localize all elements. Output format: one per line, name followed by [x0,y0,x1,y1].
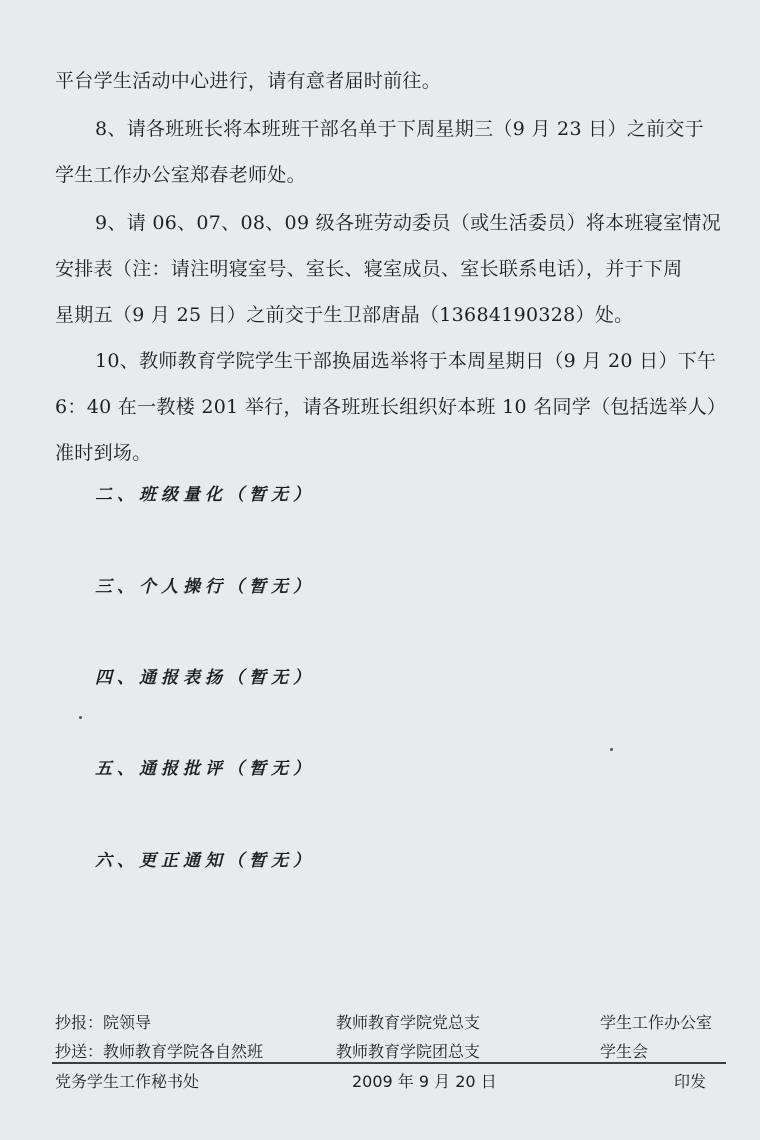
cc-report: 抄报：院领导 [55,1010,151,1033]
section-heading: 五、通报批评（暂无） [95,754,315,779]
issuer-party: 教师教育学院党总支 [336,1010,480,1033]
body-line: 10、教师教育学院学生干部换届选举将于本周星期日（9 月 20 日）下午 [95,346,716,373]
issuer-league: 教师教育学院团总支 [336,1039,480,1062]
section-heading: 三、个人操行（暂无） [95,572,315,597]
section-heading: 二、班级量化（暂无） [95,480,315,505]
body-line: 学生工作办公室郑春老师处。 [55,160,306,187]
issued-label: 印发 [674,1069,706,1092]
section-heading: 四、通报表扬（暂无） [95,663,315,688]
secretariat: 党务学生工作秘书处 [55,1069,199,1092]
issuer-office: 学生工作办公室 [600,1010,712,1033]
section-heading: 六、更正通知（暂无） [95,846,315,871]
document-page: 平台学生活动中心进行，请有意者届时前往。8、请各班班长将本班班干部名单于下周星期… [0,0,760,1140]
body-line: 准时到场。 [55,438,152,465]
body-line: 8、请各班班长将本班班干部名单于下周星期三（9 月 23 日）之前交于 [95,114,704,141]
scan-speck [79,716,82,719]
body-line: 星期五（9 月 25 日）之前交于生卫部唐晶（13684190328）处。 [55,300,633,327]
issue-date: 2009 年 9 月 20 日 [352,1069,497,1092]
cc-send: 抄送：教师教育学院各自然班 [55,1039,263,1062]
footer-divider [52,1062,726,1064]
body-line: 安排表（注：请注明寝室号、室长、寝室成员、室长联系电话），并于下周 [55,254,682,281]
body-line: 6：40 在一教楼 201 举行，请各班班长组织好本班 10 名同学（包括选举人… [55,392,726,419]
issuer-union: 学生会 [600,1039,648,1062]
body-line: 平台学生活动中心进行，请有意者届时前往。 [55,66,441,93]
body-line: 9、请 06、07、08、09 级各班劳动委员（或生活委员）将本班寝室情况 [95,208,721,235]
scan-speck [610,748,613,751]
